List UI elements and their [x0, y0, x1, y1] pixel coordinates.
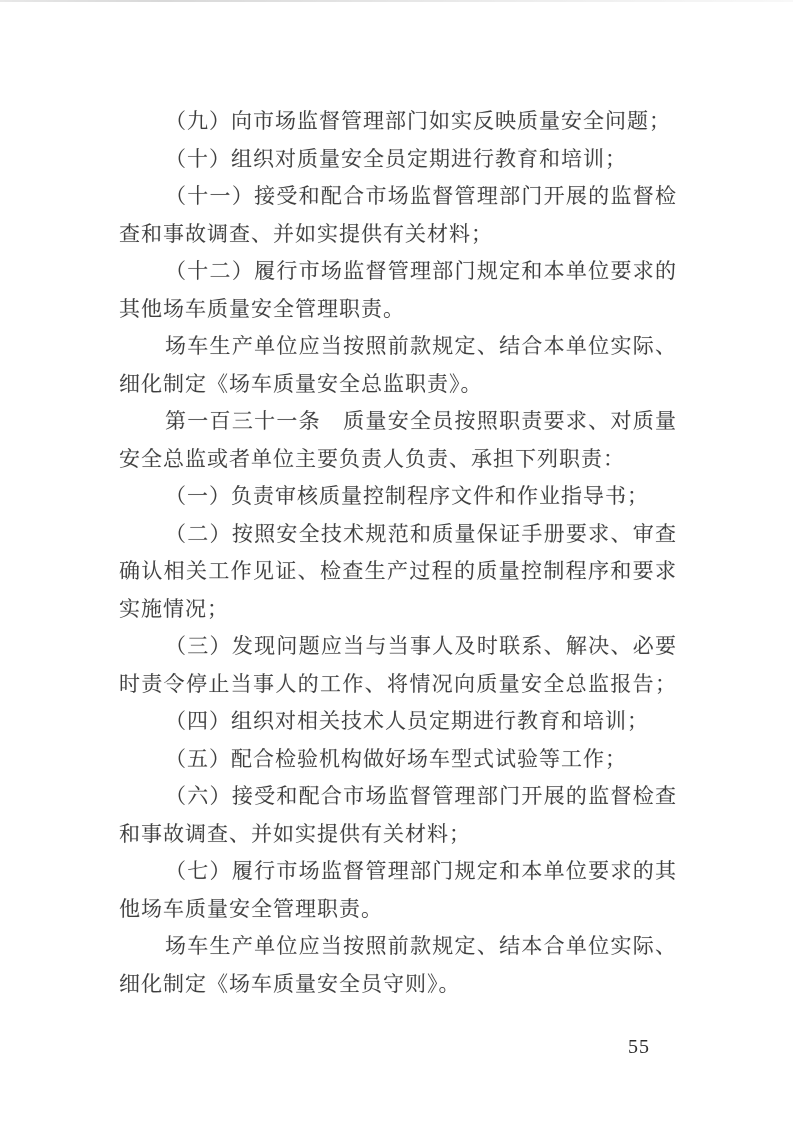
document-page: （九）向市场监督管理部门如实反映质量安全问题； （十）组织对质量安全员定期进行教…: [0, 0, 793, 1122]
text-block: （九）向市场监督管理部门如实反映质量安全问题； （十）组织对质量安全员定期进行教…: [119, 103, 677, 1003]
text-line: 查和事故调查、并如实提供有关材料；: [119, 216, 677, 254]
text-line: （五）配合检验机构做好场车型式试验等工作；: [119, 741, 677, 779]
text-line: 实施情况；: [119, 591, 677, 629]
text-line: 和事故调查、并如实提供有关材料；: [119, 816, 677, 854]
text-line: 细化制定《场车质量安全总监职责》。: [119, 366, 677, 404]
text-line: 他场车质量安全管理职责。: [119, 891, 677, 929]
text-line: （六）接受和配合市场监督管理部门开展的监督检查: [119, 778, 677, 816]
text-line: （二）按照安全技术规范和质量保证手册要求、审查: [119, 516, 677, 554]
text-line: 细化制定《场车质量安全员守则》。: [119, 966, 677, 1004]
text-line: 场车生产单位应当按照前款规定、结本合单位实际、: [119, 928, 677, 966]
text-line: 确认相关工作见证、检查生产过程的质量控制程序和要求: [119, 553, 677, 591]
text-line: 场车生产单位应当按照前款规定、结合本单位实际、: [119, 328, 677, 366]
text-line: （十一）接受和配合市场监督管理部门开展的监督检: [119, 178, 677, 216]
text-line: （三）发现问题应当与当事人及时联系、解决、必要: [119, 628, 677, 666]
scan-edge-artifact: [0, 0, 793, 2]
text-line: 第一百三十一条 质量安全员按照职责要求、对质量: [119, 403, 677, 441]
page-number: 55: [628, 1034, 650, 1060]
text-line: （十）组织对质量安全员定期进行教育和培训；: [119, 141, 677, 179]
text-line: （七）履行市场监督管理部门规定和本单位要求的其: [119, 853, 677, 891]
text-line: 其他场车质量安全管理职责。: [119, 291, 677, 329]
text-line: （十二）履行市场监督管理部门规定和本单位要求的: [119, 253, 677, 291]
text-line: （九）向市场监督管理部门如实反映质量安全问题；: [119, 103, 677, 141]
text-line: 时责令停止当事人的工作、将情况向质量安全总监报告；: [119, 666, 677, 704]
text-line: （四）组织对相关技术人员定期进行教育和培训；: [119, 703, 677, 741]
text-line: 安全总监或者单位主要负责人负责、承担下列职责：: [119, 441, 677, 479]
text-line: （一）负责审核质量控制程序文件和作业指导书；: [119, 478, 677, 516]
